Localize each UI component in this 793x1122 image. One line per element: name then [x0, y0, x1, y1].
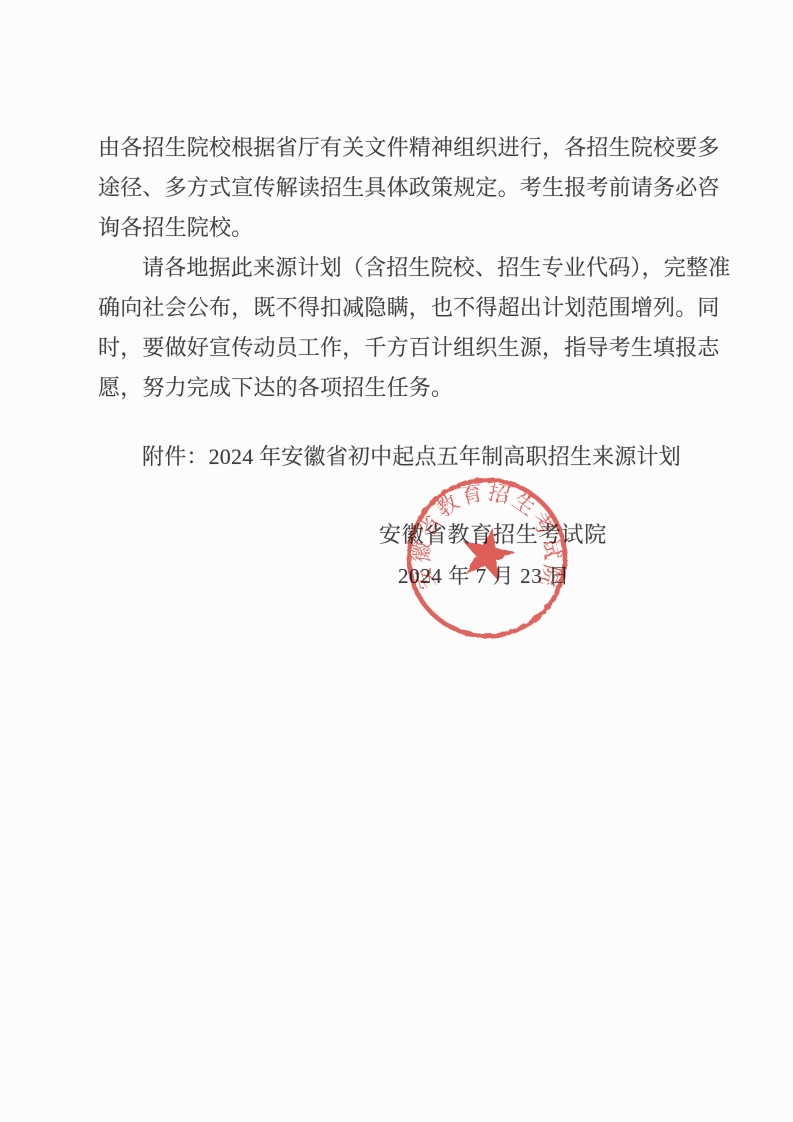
text-line: 时，要做好宣传动员工作，千方百计组织生源，指导考生填报志: [98, 328, 698, 368]
attachment-line: 附件：2024 年安徽省初中起点五年制高职招生来源计划: [142, 437, 681, 477]
text-line: 途径、多方式宣传解读招生具体政策规定。考生报考前请务必咨: [98, 168, 698, 208]
text-line: 确向社会公布，既不得扣减隐瞒，也不得超出计划范围增列。同: [98, 288, 698, 328]
signature-line: 安徽省教育招生考试院: [379, 515, 607, 555]
paragraph: 请各地据此来源计划（含招生院校、招生专业代码），完整准 确向社会公布，既不得扣减…: [98, 248, 698, 408]
date-line: 2024 年 7 月 23 日: [398, 556, 570, 596]
body-text: 由各招生院校根据省厅有关文件精神组织进行，各招生院校要多 途径、多方式宣传解读招…: [98, 128, 698, 408]
text-line: 请各地据此来源计划（含招生院校、招生专业代码），完整准: [98, 248, 698, 288]
paragraph: 由各招生院校根据省厅有关文件精神组织进行，各招生院校要多 途径、多方式宣传解读招…: [98, 128, 698, 248]
text-line: 询各招生院校。: [98, 208, 698, 248]
document-page: 由各招生院校根据省厅有关文件精神组织进行，各招生院校要多 途径、多方式宣传解读招…: [0, 0, 793, 1122]
text-line: 愿，努力完成下达的各项招生任务。: [98, 368, 698, 408]
text-line: 由各招生院校根据省厅有关文件精神组织进行，各招生院校要多: [98, 128, 698, 168]
